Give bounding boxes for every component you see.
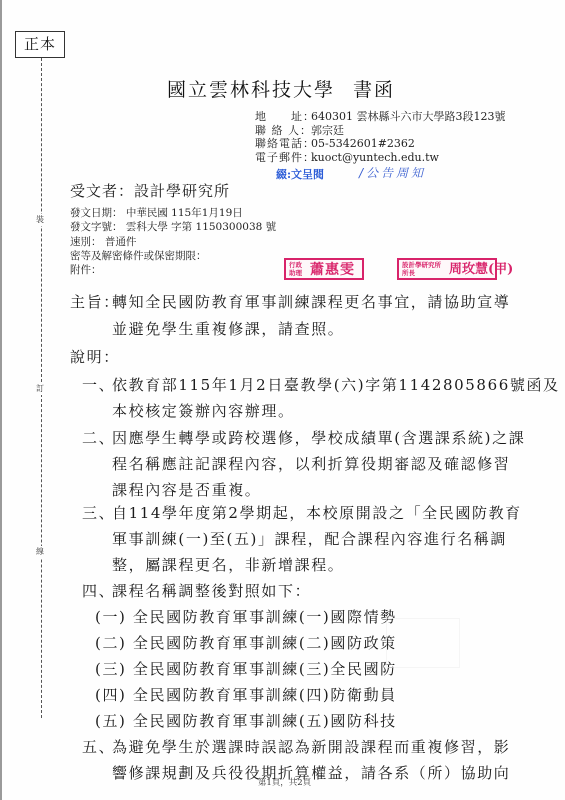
stamp-title: 設計學研究所所長: [402, 261, 446, 277]
issue-number: 雲科大學 字第 1150300038 號: [126, 221, 276, 233]
title-type: 書函: [353, 79, 395, 101]
document-meta: 發文日期： 中華民國 115年1月19日 發文字號： 雲科大學 字第 11503…: [70, 206, 276, 277]
item-number: 五、: [82, 736, 115, 757]
course-list-item: (三) 全民國防教育軍事訓練(三)全民國防: [95, 658, 397, 679]
item-number: 一、: [82, 374, 115, 395]
email-value[interactable]: kuoct@yuntech.edu.tw: [311, 151, 439, 164]
attachment-row: 附件：: [70, 263, 276, 277]
contact-person-row: 聯 絡 人：郭宗廷: [255, 124, 505, 138]
secrecy-row: 密等及解密條件或保密期限：: [70, 249, 276, 263]
course-list-item: (二) 全民國防教育軍事訓練(二)國防政策: [95, 632, 397, 653]
archive-stamp: 綴:文呈閱: [276, 166, 324, 182]
address-label: 地 址：: [255, 110, 311, 124]
description-label: 說明：: [70, 346, 120, 367]
item-line: 依教育部115年1月2日臺教學(六)字第1142805866號函及: [112, 374, 560, 395]
subject-line-1: 轉知全民國防教育軍事訓練課程更名事宜，請協助宣導: [112, 291, 510, 312]
handwritten-note: /公告周知: [359, 164, 426, 181]
issue-date-label: 發文日期：: [70, 207, 123, 219]
item-line: 因應學生轉學或跨校選修，學校成績單(含選課系統)之課: [112, 427, 525, 448]
item-line: 課程名稱調整後對照如下：: [112, 580, 311, 601]
binding-mark-ding: 訂: [36, 383, 44, 395]
contact-block: 地 址：640301 雲林縣斗六市大學路3段123號 聯 絡 人：郭宗廷 聯絡電…: [255, 110, 505, 164]
recipient: 受文者：設計學研究所: [70, 180, 230, 201]
speed-label: 速別：: [70, 236, 102, 248]
seal-stamp-assistant: 行政助理 蕭惠雯: [284, 258, 364, 280]
speed-row: 速別： 普通件: [70, 235, 276, 249]
item-line: 程名稱應註記課程內容，以利折算役期審認及確認修習: [112, 453, 510, 474]
address-value: 640301 雲林縣斗六市大學路3段123號: [311, 110, 505, 123]
issue-number-row: 發文字號： 雲科大學 字第 1150300038 號: [70, 220, 276, 234]
email-row: 電子郵件：kuoct@yuntech.edu.tw: [255, 151, 505, 165]
person-value: 郭宗廷: [311, 124, 344, 137]
original-copy-mark: 正本: [15, 31, 65, 58]
item-line: 本校核定簽辦內容辦理。: [112, 400, 295, 421]
issue-number-label: 發文字號：: [70, 221, 123, 233]
course-list-item: (四) 全民國防教育軍事訓練(四)防衛動員: [95, 684, 397, 705]
item-number: 三、: [82, 502, 115, 523]
person-label: 聯 絡 人：: [255, 124, 311, 138]
stamp-name: 周玫慧(甲): [449, 261, 513, 279]
phone-label: 聯絡電話：: [255, 137, 311, 151]
stamp-title: 行政助理: [289, 261, 307, 277]
issue-date: 中華民國 115年1月19日: [126, 207, 243, 219]
binding-mark-xian: 線: [36, 546, 44, 558]
course-list-item: (一) 全民國防教育軍事訓練(一)國際情勢: [95, 606, 397, 627]
faint-watermark-stamp: [386, 618, 460, 668]
secrecy-label: 密等及解密條件或保密期限：: [70, 250, 207, 262]
item-line: 軍事訓練(一)至(五)」課程，配合課程內容進行名稱調: [112, 528, 507, 549]
item-line: 整，屬課程更名，非新增課程。: [112, 554, 344, 575]
document-page: 正本 裝 訂 線 國立雲林科技大學書函 地 址：640301 雲林縣斗六市大學路…: [0, 0, 565, 800]
email-label: 電子郵件：: [255, 151, 311, 165]
address-row: 地 址：640301 雲林縣斗六市大學路3段123號: [255, 110, 505, 124]
phone-value: 05-5342601#2362: [311, 137, 415, 150]
binding-mark-zhuang: 裝: [36, 214, 44, 226]
speed-value: 普通件: [105, 236, 137, 248]
phone-row: 聯絡電話：05-5342601#2362: [255, 137, 505, 151]
recipient-label: 受文者：: [70, 182, 134, 200]
title-org: 國立雲林科技大學: [167, 79, 335, 101]
item-line: 課程內容是否重複。: [112, 479, 261, 500]
document-title: 國立雲林科技大學書函: [167, 75, 395, 102]
seal-stamp-director: 設計學研究所所長 周玫慧(甲): [397, 258, 497, 280]
item-number: 四、: [82, 580, 115, 601]
attachment-label: 附件：: [70, 264, 102, 276]
item-line: 為避免學生於選課時誤認為新開設課程而重複修習，影: [112, 736, 510, 757]
recipient-name: 設計學研究所: [134, 182, 230, 200]
page-number: 第1頁，共2頁: [2, 776, 565, 788]
item-number: 二、: [82, 427, 115, 448]
item-line: 自114學年度第2學期起，本校原開設之「全民國防教育: [112, 502, 522, 523]
course-list-item: (五) 全民國防教育軍事訓練(五)國防科技: [95, 710, 397, 731]
issue-date-row: 發文日期： 中華民國 115年1月19日: [70, 206, 276, 220]
stamp-name: 蕭惠雯: [310, 261, 355, 279]
subject-line-2: 並避免學生重複修課，請查照。: [112, 318, 344, 339]
